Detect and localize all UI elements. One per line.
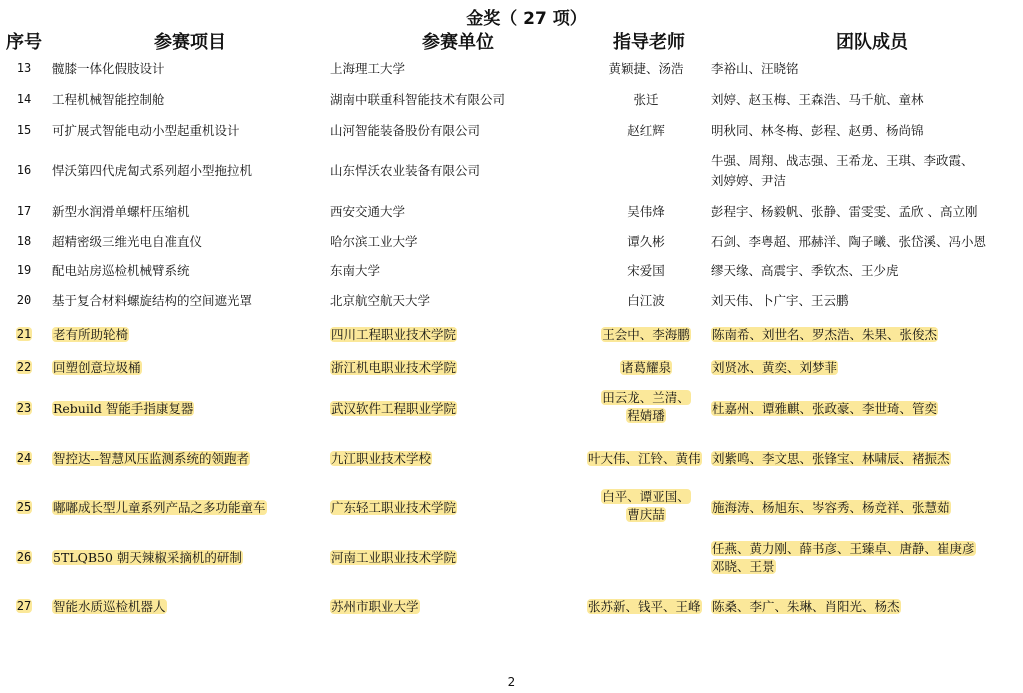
unit-name: 武汉软件工程职业学院 — [330, 399, 457, 418]
row-number: 25 — [6, 498, 42, 517]
project-name: 基于复合材料螺旋结构的空间遮光罩 — [52, 291, 252, 310]
header-no: 序号 — [6, 28, 42, 54]
unit-name: 九江职业技术学校 — [330, 449, 432, 468]
unit-name: 东南大学 — [330, 261, 380, 280]
tutor-names: 王会中、李海鹏 — [586, 325, 706, 344]
unit-name: 山河智能装备股份有限公司 — [330, 121, 480, 140]
tutor-names: 赵红辉 — [586, 121, 706, 140]
award-title: 金奖（ 27 项） — [0, 4, 1023, 29]
row-number: 20 — [6, 291, 42, 310]
project-name: Rebuild 智能手指康复器 — [52, 399, 194, 418]
project-name: 工程机械智能控制舱 — [52, 90, 165, 109]
unit-name: 苏州市职业大学 — [330, 597, 420, 616]
team-members-line2: 邓晓、王景 — [711, 557, 776, 576]
row-number: 16 — [6, 161, 42, 180]
tutor-names: 谭久彬 — [586, 232, 706, 251]
tutor-names: 黄颖捷、汤浩 — [586, 59, 706, 78]
unit-name: 广东轻工职业技术学院 — [330, 498, 457, 517]
project-name: 配电站房巡检机械臂系统 — [52, 261, 190, 280]
project-name: 老有所助轮椅 — [52, 325, 129, 344]
header-team: 团队成员 — [836, 28, 908, 54]
row-number: 22 — [6, 358, 42, 377]
unit-name: 哈尔滨工业大学 — [330, 232, 418, 251]
team-members: 施海涛、杨旭东、岑容秀、杨竞祥、张慧茹 — [711, 498, 951, 517]
tutor-names: 白江波 — [586, 291, 706, 310]
team-members-line2: 刘婷婷、尹洁 — [711, 171, 786, 190]
unit-name: 湖南中联重科智能技术有限公司 — [330, 90, 505, 109]
team-members-line1: 任燕、黄力刚、薛书彦、王臻卓、唐静、崔庚彦 — [711, 539, 976, 558]
row-number: 26 — [6, 548, 42, 567]
unit-name: 西安交通大学 — [330, 202, 405, 221]
row-number: 15 — [6, 121, 42, 140]
team-members: 石剑、李粤超、邢赫洋、陶子曦、张岱溪、冯小恩 — [711, 232, 986, 251]
unit-name: 四川工程职业技术学院 — [330, 325, 457, 344]
team-members-line1: 牛强、周翔、战志强、王希龙、王琪、李政霞、 — [711, 151, 974, 170]
project-name: 嘟嘟成长型儿童系列产品之多功能童车 — [52, 498, 267, 517]
tutor-names: 宋爱国 — [586, 261, 706, 280]
unit-name: 浙江机电职业技术学院 — [330, 358, 457, 377]
page-number: 2 — [0, 675, 1023, 689]
project-name: 新型水润滑单螺杆压缩机 — [52, 202, 190, 221]
project-name: 5TLQB50 朝天辣椒采摘机的研制 — [52, 548, 243, 567]
project-name: 回塑创意垃圾桶 — [52, 358, 142, 377]
team-members: 刘天伟、卜广宇、王云鹏 — [711, 291, 849, 310]
tutor-names: 张迁 — [586, 90, 706, 109]
row-number: 27 — [6, 597, 42, 616]
header-unit: 参赛单位 — [422, 28, 494, 54]
team-members: 明秋同、林冬梅、彭程、赵勇、杨尚锦 — [711, 121, 924, 140]
tutor-names: 田云龙、兰清、程婧璠 — [586, 389, 706, 425]
team-members: 刘贤冰、黄奕、刘梦菲 — [711, 358, 838, 377]
tutor-names: 张苏新、钱平、王峰 — [587, 597, 702, 616]
project-name: 智控达--智慧风压监测系统的领跑者 — [52, 449, 250, 468]
row-number: 23 — [6, 399, 42, 418]
unit-name: 山东悍沃农业装备有限公司 — [330, 161, 480, 180]
row-number: 17 — [6, 202, 42, 221]
team-members: 缪天缘、高震宇、季钦杰、王少虎 — [711, 261, 899, 280]
team-members: 彭程宇、杨毅帆、张静、雷雯雯、孟欣 、高立刚 — [711, 202, 977, 221]
team-members: 杜嘉州、谭雅麒、张政豪、李世琦、管奕 — [711, 399, 938, 418]
tutor-names: 诸葛耀泉 — [586, 358, 706, 377]
header-tutor: 指导老师 — [613, 28, 685, 54]
team-members: 刘紫鸣、李文思、张锋宝、林啸辰、褚振杰 — [711, 449, 951, 468]
project-name: 超精密级三维光电自准直仪 — [52, 232, 202, 251]
unit-name: 河南工业职业技术学院 — [330, 548, 457, 567]
row-number: 18 — [6, 232, 42, 251]
row-number: 24 — [6, 449, 42, 468]
unit-name: 北京航空航天大学 — [330, 291, 430, 310]
row-number: 19 — [6, 261, 42, 280]
team-members: 刘婷、赵玉梅、王森浩、马千航、童林 — [711, 90, 924, 109]
project-name: 悍沃第四代虎匐式系列超小型拖拉机 — [52, 161, 252, 180]
row-number: 13 — [6, 59, 42, 78]
team-members: 李裕山、汪晓铭 — [711, 59, 799, 78]
tutor-names: 吴伟烽 — [586, 202, 706, 221]
row-number: 21 — [6, 325, 42, 344]
project-name: 智能水质巡检机器人 — [52, 597, 167, 616]
team-members: 陈桑、李广、朱琳、肖阳光、杨杰 — [711, 597, 901, 616]
project-name: 髋膝一体化假肢设计 — [52, 59, 165, 78]
project-name: 可扩展式智能电动小型起重机设计 — [52, 121, 240, 140]
header-project: 参赛项目 — [154, 28, 226, 54]
row-number: 14 — [6, 90, 42, 109]
unit-name: 上海理工大学 — [330, 59, 405, 78]
tutor-names: 叶大伟、江铃、黄伟 — [587, 449, 702, 468]
tutor-names: 白平、谭亚国、曹庆喆 — [586, 488, 706, 524]
team-members: 陈南希、刘世名、罗杰浩、朱果、张俊杰 — [711, 325, 938, 344]
